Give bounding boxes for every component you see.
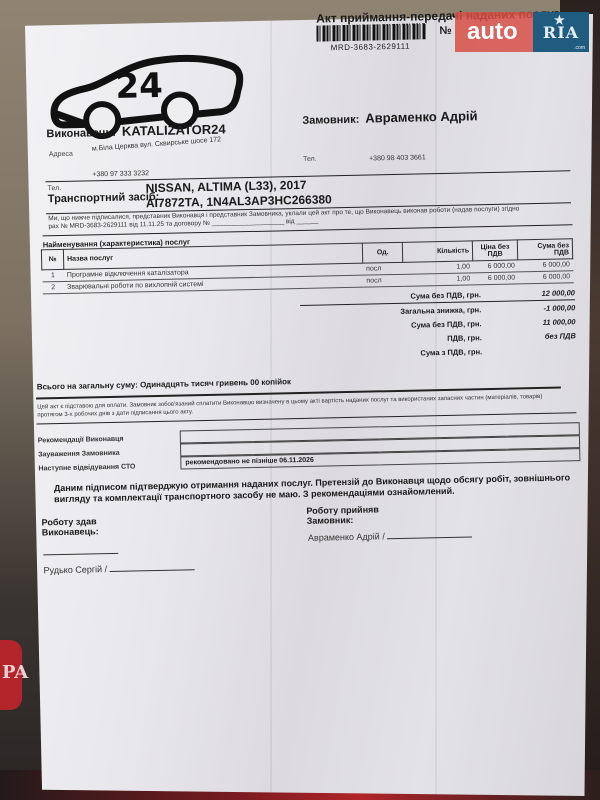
barcode: [316, 23, 426, 41]
vehicle-label: Транспортний засіб:: [48, 191, 160, 205]
col-sum: Сума без ПДВ: [517, 239, 572, 260]
row-sum: 6 000,00: [518, 271, 573, 284]
sig-heading-line: Замовник:: [307, 514, 380, 526]
total-label: Сума без ПДВ, грн.: [315, 318, 495, 331]
executor-label: Виконавець:: [46, 127, 116, 140]
remark-label: Зауваження Замовника: [38, 450, 120, 459]
remark-label: Наступне відвідування СТО: [38, 463, 135, 472]
document-number-label: №: [439, 25, 452, 37]
executor-signature: Рудько Сергій /: [44, 562, 195, 575]
total-label: Сума без ПДВ, грн.: [315, 290, 495, 303]
total-label: Сума з ПДВ, грн.: [316, 346, 496, 359]
executor-phone: +380 97 333 3232: [92, 170, 149, 178]
col-price: Ціна без ПДВ: [472, 240, 517, 261]
customer-signature-heading: Роботу прийняв Замовник:: [306, 504, 379, 526]
customer-line: Замовник:Авраменко Адрій: [302, 108, 478, 127]
total-value: 12 000,00: [495, 288, 575, 299]
watermark-com: .com: [574, 46, 585, 51]
row-unit: посл: [363, 262, 403, 275]
col-no: №: [41, 249, 63, 269]
total-value: [496, 349, 576, 351]
executor-signature-heading: Роботу здав Виконавець:: [41, 516, 98, 537]
row-price: 6 000,00: [473, 272, 518, 285]
sig-heading-line: Виконавець:: [42, 526, 99, 537]
customer-label: Замовник:: [302, 114, 359, 127]
signature-line: [43, 553, 118, 556]
row-qty: 1,00: [403, 273, 473, 286]
row-no: 2: [42, 281, 64, 293]
customer-phone: +380 98 403 3661: [369, 154, 426, 162]
watermark-ria: ★ RIA .com: [533, 12, 589, 52]
customer-signature: Авраменко Адрій /: [308, 529, 472, 542]
total-label: Загальна знижка, грн.: [315, 304, 495, 317]
col-qty: Кількість: [403, 241, 473, 262]
executor-phone-label: Тел.: [48, 185, 62, 192]
signature-line: [387, 536, 472, 539]
customer-signer-name: Авраменко Адрій /: [308, 531, 385, 543]
address-label: Адреса: [49, 151, 73, 158]
total-in-words: Всього на загальну суму: Одинадцять тися…: [37, 377, 291, 391]
star-icon: ★: [554, 14, 566, 26]
row-no: 1: [42, 269, 64, 281]
row-unit: посл: [363, 274, 403, 287]
total-value: без ПДВ: [496, 331, 576, 342]
row-price: 6 000,00: [473, 260, 518, 273]
executor-signer-name: Рудько Сергій /: [44, 564, 108, 575]
total-label: ПДВ, грн.: [316, 332, 496, 345]
logo-text: 24: [115, 66, 163, 107]
total-value: 11 000,00: [495, 317, 575, 328]
customer-name: Авраменко Адрій: [365, 108, 478, 125]
col-unit: Од.: [363, 242, 403, 263]
document-content: Акт приймання-передачі наданих послуг MR…: [0, 0, 600, 800]
customer-phone-label: Тел.: [303, 156, 317, 163]
totals-block: Сума без ПДВ, грн. 12 000,00 Загальна зн…: [300, 286, 576, 362]
total-value: -1 000,00: [495, 303, 575, 314]
signature-line: [109, 569, 194, 572]
remark-label: Рекомендації Виконавця: [38, 436, 124, 445]
barcode-text: MRD-3683-2629111: [331, 42, 410, 53]
confirmation-text: Даним підписом підтверджую отримання над…: [54, 472, 574, 505]
